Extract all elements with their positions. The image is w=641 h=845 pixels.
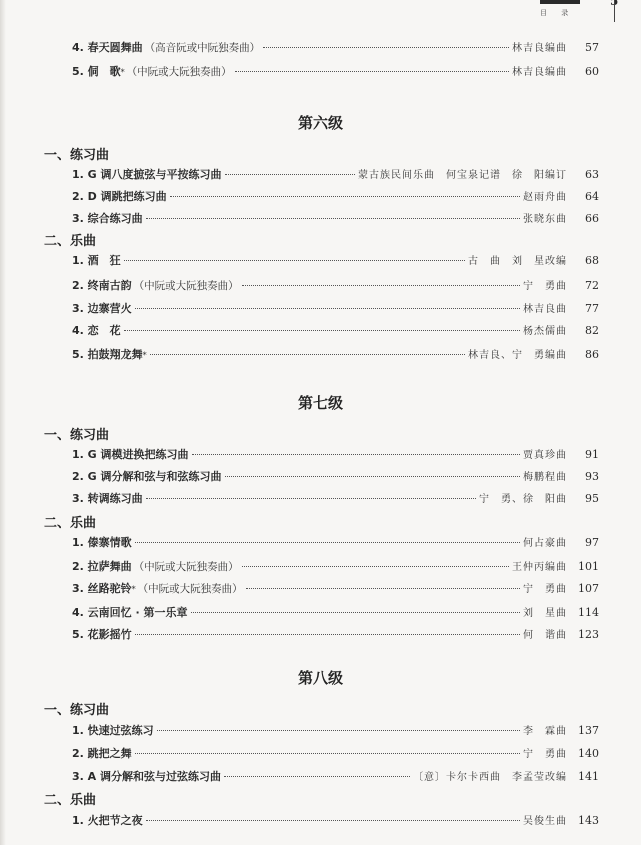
entry-credit: 吴俊生曲: [523, 812, 567, 827]
entry-credit: 宁 勇、徐 阳曲: [479, 490, 567, 505]
toc-entry: 1. G 调模进换把练习曲贾真珍曲91: [72, 446, 599, 462]
entry-credit: 宁 勇曲: [523, 277, 567, 292]
dot-leader: [146, 498, 476, 499]
entry-page: 57: [567, 41, 599, 54]
entry-credit: 林吉良编曲: [512, 39, 567, 54]
toc-entry: 4. 恋 花杨杰儒曲82: [72, 322, 599, 338]
dot-leader: [246, 588, 520, 589]
entry-page: 66: [567, 212, 599, 225]
toc-entry: 2. D 调跳把练习曲赵雨舟曲64: [72, 188, 599, 204]
dot-leader: [225, 476, 520, 477]
toc-entry: 4. 春天圆舞曲（高音阮或中阮独奏曲）林吉良编曲57: [72, 39, 599, 55]
entry-title: 3. 边寨营火: [72, 300, 132, 316]
entry-title: 1. 酒 狂: [72, 252, 121, 268]
entry-title: 1. G 调模进换把练习曲: [72, 446, 189, 462]
toc-entry: 4. 云南回忆 · 第一乐章刘 星曲114: [72, 604, 599, 620]
entry-credit: 梅鹏程曲: [523, 468, 567, 483]
entry-page: 137: [567, 724, 599, 737]
entry-credit: 何占豪曲: [523, 534, 567, 549]
entry-note: （中阮或大阮独奏曲）: [134, 559, 239, 574]
entry-credit: 李 霖曲: [523, 722, 567, 737]
toc-entry: 1. 傣寨情歌何占豪曲97: [72, 534, 599, 550]
toc-entry: 2. 拉萨舞曲（中阮或大阮独奏曲）王仲丙编曲101: [72, 558, 599, 574]
dot-leader: [135, 634, 520, 635]
dot-leader: [191, 612, 521, 613]
dot-leader: [263, 47, 509, 48]
toc-entry: 3. 丝路驼铃*（中阮或大阮独奏曲）宁 勇曲107: [72, 580, 599, 596]
section-heading: 一、练习曲: [44, 144, 109, 163]
entry-page: 140: [567, 747, 599, 760]
entry-page: 91: [567, 448, 599, 461]
toc-entry: 2. G 调分解和弦与和弦练习曲梅鹏程曲93: [72, 468, 599, 484]
toc-entry: 2. 跳把之舞宁 勇曲140: [72, 745, 599, 761]
dot-leader: [192, 454, 520, 455]
dot-leader: [235, 71, 509, 72]
entry-credit: 王仲丙编曲: [512, 558, 567, 573]
level-heading: 第八级: [0, 667, 641, 688]
star-mark: *: [121, 68, 125, 77]
toc-entry: 1. 酒 狂古 曲 刘 星改编68: [72, 252, 599, 268]
entry-page: 141: [567, 770, 599, 783]
entry-page: 60: [567, 65, 599, 78]
header-rule: [614, 0, 615, 22]
entry-credit: 〔意〕卡尔卡西曲 李孟莹改编: [413, 768, 567, 783]
entry-page: 123: [567, 628, 599, 641]
entry-credit: 宁 勇曲: [523, 580, 567, 595]
entry-credit: 古 曲 刘 星改编: [468, 252, 567, 267]
entry-page: 82: [567, 324, 599, 337]
entry-page: 64: [567, 190, 599, 203]
entry-credit: 贾真珍曲: [523, 446, 567, 461]
entry-credit: 蒙古族民间乐曲 何宝泉记谱 徐 阳编订: [358, 166, 567, 181]
entry-title: 4. 云南回忆 · 第一乐章: [72, 604, 188, 620]
section-heading: 一、练习曲: [44, 424, 109, 443]
level-heading: 第六级: [0, 112, 641, 133]
dot-leader: [170, 196, 520, 197]
entry-title: 3. 转调练习曲: [72, 490, 143, 506]
entry-page: 114: [567, 606, 599, 619]
section-heading: 二、乐曲: [44, 512, 96, 531]
toc-entry: 1. G 调八度摭弦与平按练习曲蒙古族民间乐曲 何宝泉记谱 徐 阳编订63: [72, 166, 599, 182]
entry-credit: 林吉良、宁 勇编曲: [468, 346, 567, 361]
entry-title: 2. 跳把之舞: [72, 745, 132, 761]
entry-credit: 杨杰儒曲: [523, 322, 567, 337]
star-mark: *: [132, 585, 136, 594]
entry-page: 77: [567, 302, 599, 315]
toc-entry: 3. A 调分解和弦与过弦练习曲〔意〕卡尔卡西曲 李孟莹改编141: [72, 768, 599, 784]
entry-page: 101: [567, 560, 599, 573]
entry-page: 95: [567, 492, 599, 505]
entry-title: 5. 花影摇竹: [72, 626, 132, 642]
dot-leader: [135, 542, 520, 543]
level-heading: 第七级: [0, 392, 641, 413]
entry-credit: 林吉良编曲: [512, 63, 567, 78]
toc-entry: 5. 花影摇竹何 谐曲123: [72, 626, 599, 642]
toc-entry: 2. 终南古韵（中阮或大阮独奏曲）宁 勇曲72: [72, 277, 599, 293]
entry-page: 72: [567, 279, 599, 292]
dot-leader: [224, 776, 410, 777]
dot-leader: [135, 753, 520, 754]
entry-title: 4. 春天圆舞曲: [72, 39, 143, 55]
entry-note: （中阮或大阮独奏曲）: [134, 278, 239, 293]
entry-title: 1. 快速过弦练习: [72, 722, 154, 738]
dot-leader: [146, 218, 520, 219]
entry-note: （高音阮或中阮独奏曲）: [145, 40, 261, 55]
dot-leader: [225, 174, 355, 175]
entry-credit: 林吉良曲: [523, 300, 567, 315]
entry-title: 5. 拍鼓翔龙舞: [72, 346, 143, 362]
running-title: 目 录: [540, 8, 574, 18]
entry-title: 2. 拉萨舞曲: [72, 558, 132, 574]
entry-page: 93: [567, 470, 599, 483]
dot-leader: [146, 820, 520, 821]
entry-title: 1. G 调八度摭弦与平按练习曲: [72, 166, 222, 182]
entry-page: 97: [567, 536, 599, 549]
dot-leader: [150, 354, 465, 355]
entry-page: 107: [567, 582, 599, 595]
entry-title: 1. 傣寨情歌: [72, 534, 132, 550]
entry-title: 4. 恋 花: [72, 322, 121, 338]
entry-page: 63: [567, 168, 599, 181]
entry-note: （中阮或大阮独奏曲）: [138, 581, 243, 596]
entry-note: （中阮或大阮独奏曲）: [127, 64, 232, 79]
entry-page: 86: [567, 348, 599, 361]
entry-title: 3. 丝路驼铃: [72, 580, 132, 596]
toc-entry: 3. 边寨营火林吉良曲77: [72, 300, 599, 316]
entry-title: 2. G 调分解和弦与和弦练习曲: [72, 468, 222, 484]
toc-entry: 5. 侗 歌*（中阮或大阮独奏曲）林吉良编曲60: [72, 63, 599, 79]
entry-page: 68: [567, 254, 599, 267]
toc-entry: 5. 拍鼓翔龙舞*林吉良、宁 勇编曲86: [72, 346, 599, 362]
toc-entry: 3. 综合练习曲张晓东曲66: [72, 210, 599, 226]
entry-title: 3. 综合练习曲: [72, 210, 143, 226]
dot-leader: [124, 260, 465, 261]
dot-leader: [242, 285, 520, 286]
entry-credit: 张晓东曲: [523, 210, 567, 225]
entry-credit: 刘 星曲: [523, 604, 567, 619]
entry-title: 2. 终南古韵: [72, 277, 132, 293]
dot-leader: [135, 308, 520, 309]
section-heading: 二、乐曲: [44, 789, 96, 808]
section-heading: 二、乐曲: [44, 230, 96, 249]
entry-title: 3. A 调分解和弦与过弦练习曲: [72, 768, 221, 784]
entry-title: 5. 侗 歌: [72, 63, 121, 79]
dot-leader: [242, 566, 509, 567]
entry-title: 1. 火把节之夜: [72, 812, 143, 828]
entry-credit: 赵雨舟曲: [523, 188, 567, 203]
header-bar: [540, 0, 580, 4]
entry-credit: 宁 勇曲: [523, 745, 567, 760]
entry-credit: 何 谐曲: [523, 626, 567, 641]
toc-entry: 3. 转调练习曲宁 勇、徐 阳曲95: [72, 490, 599, 506]
section-heading: 一、练习曲: [44, 699, 109, 718]
entry-page: 143: [567, 814, 599, 827]
entry-title: 2. D 调跳把练习曲: [72, 188, 167, 204]
dot-leader: [157, 730, 520, 731]
toc-entry: 1. 火把节之夜吴俊生曲143: [72, 812, 599, 828]
toc-entry: 1. 快速过弦练习李 霖曲137: [72, 722, 599, 738]
dot-leader: [124, 330, 520, 331]
star-mark: *: [143, 351, 147, 360]
